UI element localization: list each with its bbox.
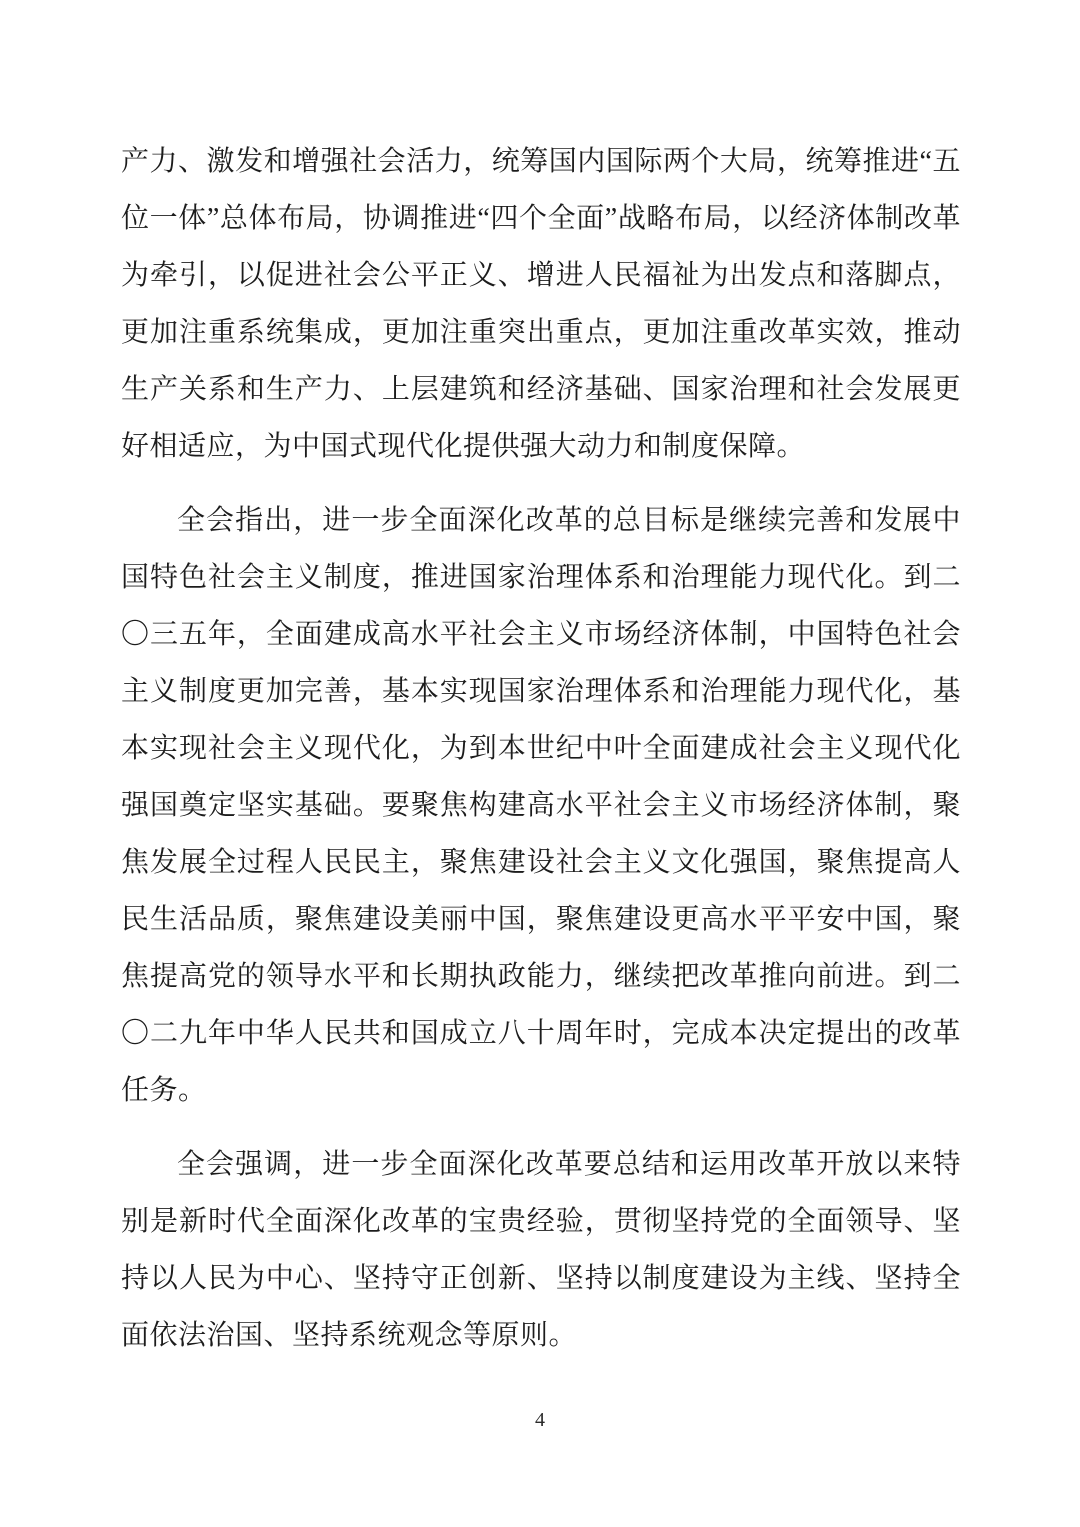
paragraph-3: 全会强调，进一步全面深化改革要总结和运用改革开放以来特别是新时代全面深化改革的宝… — [121, 1136, 961, 1364]
page-number: 4 — [0, 1406, 1080, 1434]
paragraph-1: 产力、激发和增强社会活力，统筹国内国际两个大局，统筹推进“五位一体”总体布局，协… — [121, 133, 961, 475]
document-body: 产力、激发和增强社会活力，统筹国内国际两个大局，统筹推进“五位一体”总体布局，协… — [121, 133, 961, 1381]
paragraph-2: 全会指出，进一步全面深化改革的总目标是继续完善和发展中国特色社会主义制度，推进国… — [121, 492, 961, 1119]
document-page: 产力、激发和增强社会活力，统筹国内国际两个大局，统筹推进“五位一体”总体布局，协… — [0, 0, 1080, 1527]
